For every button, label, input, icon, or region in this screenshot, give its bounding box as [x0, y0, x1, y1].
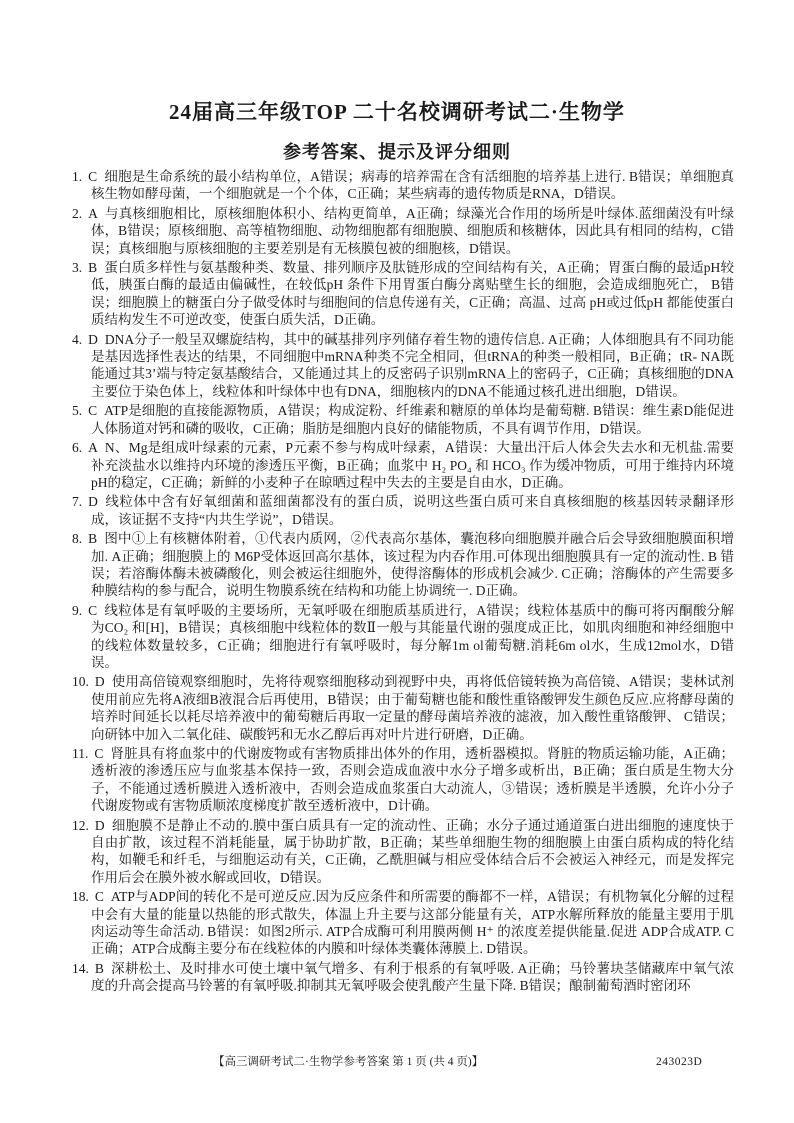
item-number: 2. — [72, 206, 82, 221]
answer-explanation: DNA分子一般呈双螺旋结构，其中的碱基排列序列储存着生物的遗传信息. A正确；人… — [91, 332, 734, 399]
item-number: 5. — [72, 403, 82, 418]
item-number: 3. — [72, 260, 82, 275]
answer-explanation: 细胞膜不是静止不动的.膜中蛋白质具有一定的流动性、正确；水分子通过通道蛋白进出细… — [91, 818, 734, 885]
document-page: 24届高三年级TOP 二十名校调研考试二·生物学 参考答案、提示及评分细则 1.… — [0, 0, 794, 1123]
answer-item: 11.C肾脏具有将血浆中的代谢废物或有害物质排出体外的作用，透析器模拟。肾脏的物… — [72, 745, 734, 815]
footer-doc-code: 243023D — [656, 1054, 702, 1070]
answer-explanation: 深耕松土、及时排水可使土壤中氧气增多、有利于根系的有氧呼吸. A正确；马铃薯块茎… — [91, 961, 734, 993]
answer-explanation: N、Mg是组成叶绿素的元素，P元素不参与构成叶绿素，A错误：大量出汗后人体会失去… — [91, 440, 734, 490]
answer-item: 4.DDNA分子一般呈双螺旋结构，其中的碱基排列序列储存着生物的遗传信息. A正… — [72, 331, 734, 401]
answer-explanation: 肾脏具有将血浆中的代谢废物或有害物质排出体外的作用，透析器模拟。肾脏的物质运输功… — [91, 746, 734, 813]
answer-item: 9.C线粒体是有氧呼吸的主要场所，无氧呼吸在细胞质基质进行，A错误；线粒体基质中… — [72, 602, 734, 672]
answer-item: 18.CATP与ADP间的转化不是可逆反应.因为反应条件和所需要的酶都不一样，A… — [72, 888, 734, 958]
answer-letter: C — [88, 169, 97, 184]
answer-letter: D — [95, 674, 105, 689]
item-number: 8. — [72, 531, 82, 546]
answer-letter: D — [95, 818, 105, 833]
item-number: 7. — [72, 494, 82, 509]
item-number: 12. — [72, 818, 89, 833]
answer-explanation: 线粒体是有氧呼吸的主要场所，无氧呼吸在细胞质基质进行，A错误；线粒体基质中的酶可… — [91, 603, 734, 670]
answer-item: 1.C细胞是生命系统的最小结构单位，A错误；病毒的培养需在含有活细胞的培养基上进… — [72, 168, 734, 203]
answer-letter: A — [88, 206, 98, 221]
answer-letter: C — [94, 746, 103, 761]
answer-explanation: ATP与ADP间的转化不是可逆反应.因为反应条件和所需要的酶都不一样，A错误；有… — [91, 889, 734, 956]
item-number: 6. — [72, 440, 82, 455]
answer-explanation: ATP是细胞的直接能源物质，A错误；构成淀粉、纤维素和糖原的单体均是葡萄糖. B… — [91, 403, 734, 435]
item-number: 1. — [72, 169, 82, 184]
answer-explanation: 使用高倍镜观察细胞时，先将待观察细胞移动到视野中央，再将低倍镜转换为高倍镜、A错… — [91, 674, 734, 741]
item-number: 4. — [72, 332, 82, 347]
answer-item: 12.D细胞膜不是静止不动的.膜中蛋白质具有一定的流动性、正确；水分子通过通道蛋… — [72, 817, 734, 887]
page-subtitle: 参考答案、提示及评分细则 — [0, 138, 794, 164]
item-number: 18. — [72, 889, 89, 904]
answer-letter: B — [88, 260, 97, 275]
answer-item: 3.B蛋白质多样性与氨基酸种类、数量、排列顺序及肽链形成的空间结构有关，A正确；… — [72, 259, 734, 329]
item-number: 11. — [72, 746, 88, 761]
item-number: 9. — [72, 603, 82, 618]
answer-explanation: 与真核细胞相比，原核细胞体积小、结构更简单，A正确；绿藻光合作用的场所是叶绿体.… — [91, 206, 734, 256]
answer-letter: B — [95, 961, 104, 976]
answer-item: 8.B图中①上有核糖体附着，①代表内质网，②代表高尔基体，囊泡移向细胞膜并融合后… — [72, 530, 734, 600]
answer-explanation: 蛋白质多样性与氨基酸种类、数量、排列顺序及肽链形成的空间结构有关，A正确；胃蛋白… — [91, 260, 734, 327]
answer-item: 6.AN、Mg是组成叶绿素的元素，P元素不参与构成叶绿素，A错误：大量出汗后人体… — [72, 439, 734, 491]
answer-item: 2.A与真核细胞相比，原核细胞体积小、结构更简单，A正确；绿藻光合作用的场所是叶… — [72, 205, 734, 257]
answer-item: 7.D线粒体中含有好氧细菌和蓝细菌都没有的蛋白质，说明这些蛋白质可来自真核细胞的… — [72, 493, 734, 528]
answer-letter: A — [88, 440, 98, 455]
answer-explanation: 细胞是生命系统的最小结构单位，A错误；病毒的培养需在含有活细胞的培养基上进行. … — [91, 169, 734, 201]
item-number: 10. — [72, 674, 89, 689]
answer-list: 1.C细胞是生命系统的最小结构单位，A错误；病毒的培养需在含有活细胞的培养基上进… — [72, 168, 734, 997]
page-title: 24届高三年级TOP 二十名校调研考试二·生物学 — [0, 96, 794, 126]
item-number: 14. — [72, 961, 89, 976]
answer-item: 14.B深耕松土、及时排水可使土壤中氧气增多、有利于根系的有氧呼吸. A正确；马… — [72, 960, 734, 995]
answer-letter: D — [88, 494, 98, 509]
answer-letter: D — [88, 332, 98, 347]
answer-letter: B — [88, 531, 97, 546]
answer-letter: C — [88, 603, 97, 618]
answer-letter: C — [88, 403, 97, 418]
footer-page-info: 【高三调研考试二·生物学参考答案 第 1 页 (共 4 页)】 — [213, 1054, 483, 1070]
answer-explanation: 图中①上有核糖体附着，①代表内质网，②代表高尔基体，囊泡移向细胞膜并融合后会导致… — [91, 531, 734, 598]
answer-explanation: 线粒体中含有好氧细菌和蓝细菌都没有的蛋白质，说明这些蛋白质可来自真核细胞的核基因… — [91, 494, 734, 526]
answer-item: 10.D使用高倍镜观察细胞时，先将待观察细胞移动到视野中央，再将低倍镜转换为高倍… — [72, 673, 734, 743]
answer-letter: C — [95, 889, 104, 904]
answer-item: 5.CATP是细胞的直接能源物质，A错误；构成淀粉、纤维素和糖原的单体均是葡萄糖… — [72, 402, 734, 437]
